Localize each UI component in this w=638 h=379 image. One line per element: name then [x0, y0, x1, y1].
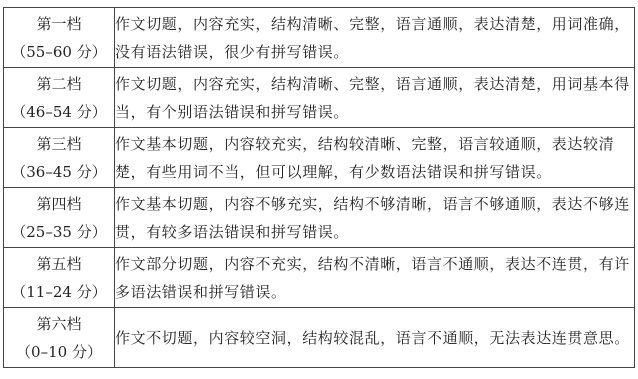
grade-cell: 第二档 （46–54 分）: [4, 68, 115, 128]
table-row: 第五档 （11–24 分） 作文部分切题，内容不充实，结构不清晰，语言不通顺，表…: [4, 248, 635, 308]
grade-range: （0–10 分）: [4, 338, 114, 366]
grade-name: 第六档: [4, 310, 114, 338]
description-cell: 作文基本切题，内容不够充实，结构不够清晰，语言不够通顺，表达不够连贯，有较多语法…: [115, 188, 635, 248]
table-row: 第四档 （25–35 分） 作文基本切题，内容不够充实，结构不够清晰，语言不够通…: [4, 188, 635, 248]
grade-name: 第三档: [4, 130, 114, 158]
table-row: 第六档 （0–10 分） 作文不切题，内容较空洞，结构较混乱，语言不通顺，无法表…: [4, 308, 635, 368]
grade-cell: 第四档 （25–35 分）: [4, 188, 115, 248]
grade-cell: 第三档 （36–45 分）: [4, 128, 115, 188]
description-cell: 作文切题，内容充实，结构清晰、完整，语言通顺，表达清楚，用词基本得当，有个别语法…: [115, 68, 635, 128]
description-cell: 作文不切题，内容较空洞，结构较混乱，语言不通顺，无法表达连贯意思。: [115, 308, 635, 368]
grade-range: （55–60 分）: [4, 38, 114, 66]
table-row: 第三档 （36–45 分） 作文基本切题，内容较充实，结构较清晰、完整，语言较通…: [4, 128, 635, 188]
description-cell: 作文部分切题，内容不充实，结构不清晰，语言不通顺，表达不连贯，有许多语法错误和拼…: [115, 248, 635, 308]
grade-cell: 第六档 （0–10 分）: [4, 308, 115, 368]
table-row: 第一档 （55–60 分） 作文切题，内容充实，结构清晰、完整，语言通顺，表达清…: [4, 8, 635, 68]
grade-name: 第一档: [4, 10, 114, 38]
grade-cell: 第五档 （11–24 分）: [4, 248, 115, 308]
grade-cell: 第一档 （55–60 分）: [4, 8, 115, 68]
grade-range: （46–54 分）: [4, 98, 114, 126]
description-cell: 作文切题，内容充实，结构清晰、完整，语言通顺，表达清楚，用词准确，没有语法错误，…: [115, 8, 635, 68]
scoring-rubric-table: 第一档 （55–60 分） 作文切题，内容充实，结构清晰、完整，语言通顺，表达清…: [3, 7, 635, 368]
grade-name: 第五档: [4, 250, 114, 278]
table-row: 第二档 （46–54 分） 作文切题，内容充实，结构清晰、完整，语言通顺，表达清…: [4, 68, 635, 128]
grade-name: 第二档: [4, 70, 114, 98]
grade-name: 第四档: [4, 190, 114, 218]
grade-range: （36–45 分）: [4, 158, 114, 186]
description-cell: 作文基本切题，内容较充实，结构较清晰、完整，语言较通顺，表达较清楚，有些用词不当…: [115, 128, 635, 188]
grade-range: （25–35 分）: [4, 218, 114, 246]
grade-range: （11–24 分）: [4, 278, 114, 306]
